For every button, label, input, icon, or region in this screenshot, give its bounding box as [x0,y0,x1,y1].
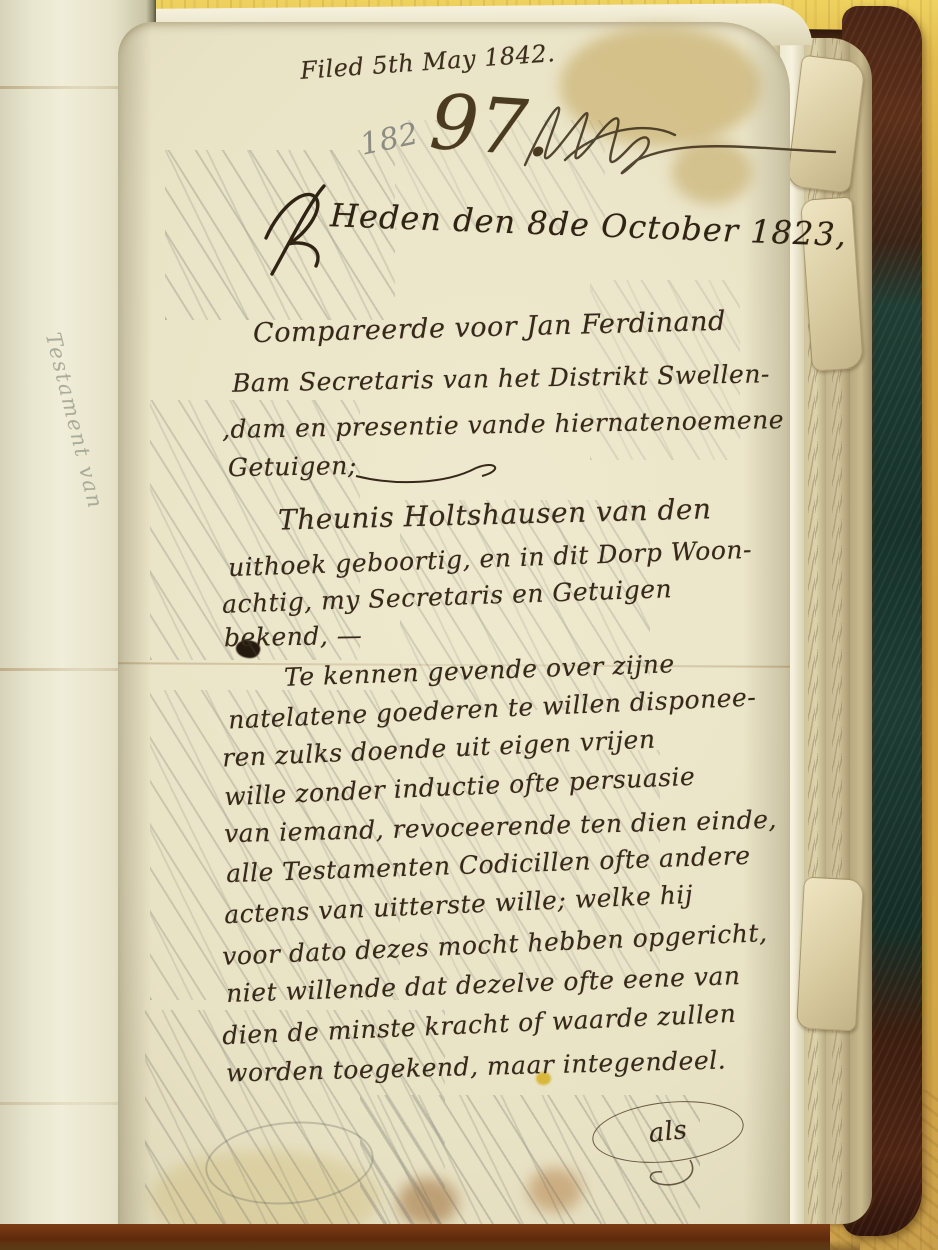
clerk-signature-flourish [505,90,845,190]
bottom-shadow [0,1240,860,1250]
crumpled-paper [796,877,864,1032]
body-line: Getuigen; [228,451,357,482]
catchword: als [647,1115,689,1149]
getuigen-flourish [352,458,512,490]
body-line: bekend, — [224,621,363,652]
catchword-tail-flourish [640,1158,710,1192]
opening-paraph [258,178,338,288]
